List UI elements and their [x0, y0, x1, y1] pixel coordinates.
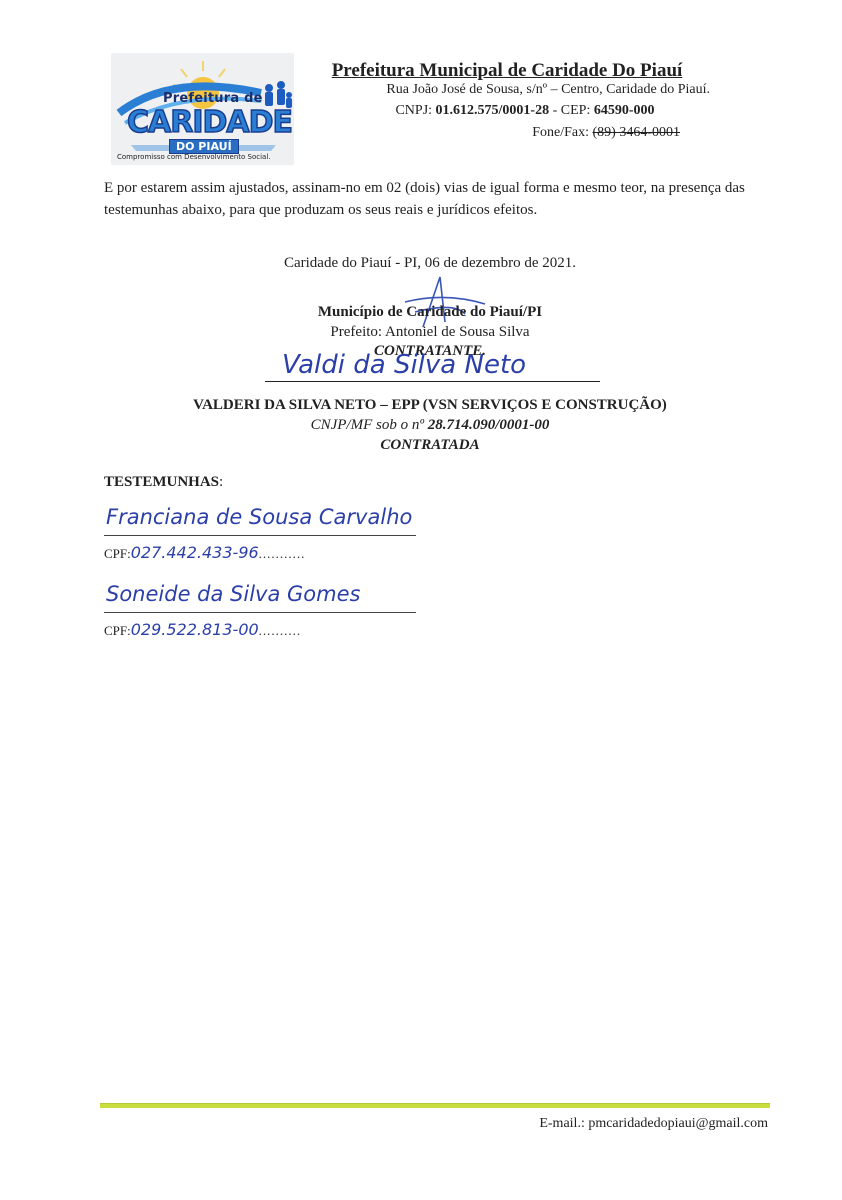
witnesses-heading-colon: : — [219, 474, 223, 490]
footer-email: E-mail.: pmcaridadedopiaui@gmail.com — [460, 1116, 768, 1132]
witness-1-cpf-value: 027.442.433-96 — [131, 543, 259, 562]
phone-value: (89) 3464-0001 — [593, 125, 681, 140]
mayor-signature-icon — [385, 272, 495, 332]
witness-1-signature-line — [104, 535, 416, 536]
contratada-signature-line — [265, 381, 600, 382]
witnesses-heading: TESTEMUNHAS: — [104, 474, 223, 491]
contratante-mayor: Prefeito: Antoniel de Sousa Silva — [170, 324, 690, 341]
witness-1-cpf-label: CPF: — [104, 546, 131, 561]
logo-text-prefeitura: Prefeitura de — [163, 91, 294, 106]
letterhead-address: Rua João José de Sousa, s/nº – Centro, C… — [330, 82, 710, 98]
contratada-cnpj: CNJP/MF sob o nº 28.714.090/0001-00 — [170, 417, 690, 434]
contratada-signature: Valdi da Silva Neto — [282, 350, 526, 380]
footer-rule — [100, 1103, 770, 1108]
contratante-entity: Município de Caridade do Piauí/PI — [170, 304, 690, 321]
closing-paragraph: E por estarem assim ajustados, assinam-n… — [104, 177, 784, 221]
logo-text-do-piaui: DO PIAUÍ — [169, 139, 239, 154]
logo-motto: Compromisso com Desenvolvimento Social. — [117, 153, 271, 161]
contratada-cnpj-value: 28.714.090/0001-00 — [428, 417, 550, 433]
cep-value: 64590-000 — [594, 103, 655, 118]
cnpj-label: CNPJ: — [395, 103, 432, 118]
logo-text-caridade: CARIDADE — [127, 105, 292, 140]
cep-label: - CEP: — [553, 103, 591, 118]
witness-2-signature-line — [104, 612, 416, 613]
phone-label: Fone/Fax: — [532, 125, 589, 140]
cnpj-value: 01.612.575/0001-28 — [436, 103, 550, 118]
witness-1-signature: Franciana de Sousa Carvalho — [106, 505, 412, 529]
witness-2-cpf-label: CPF: — [104, 623, 131, 638]
letterhead-phone: Fone/Fax: (89) 3464-0001 — [340, 125, 680, 141]
witness-2-signature: Soneide da Silva Gomes — [106, 582, 360, 606]
witnesses-heading-text: TESTEMUNHAS — [104, 474, 219, 490]
letterhead-title: Prefeitura Municipal de Caridade Do Piau… — [312, 60, 702, 82]
witness-2-cpf: CPF:029.522.813-00.......... — [104, 620, 301, 639]
witness-1-cpf: CPF:027.442.433-96........... — [104, 543, 305, 562]
witness-2-cpf-value: 029.522.813-00 — [131, 620, 259, 639]
municipality-logo: Prefeitura de CARIDADE DO PIAUÍ Compromi… — [111, 53, 294, 165]
date-line: Caridade do Piauí - PI, 06 de dezembro d… — [170, 255, 690, 272]
letterhead-cnpj-cep: CNPJ: 01.612.575/0001-28 - CEP: 64590-00… — [340, 103, 710, 119]
contratada-company: VALDERI DA SILVA NETO – EPP (VSN SERVIÇO… — [160, 397, 700, 414]
contratada-role: CONTRATADA — [170, 437, 690, 454]
contratada-cnpj-label: CNJP/MF sob o nº — [311, 417, 424, 433]
